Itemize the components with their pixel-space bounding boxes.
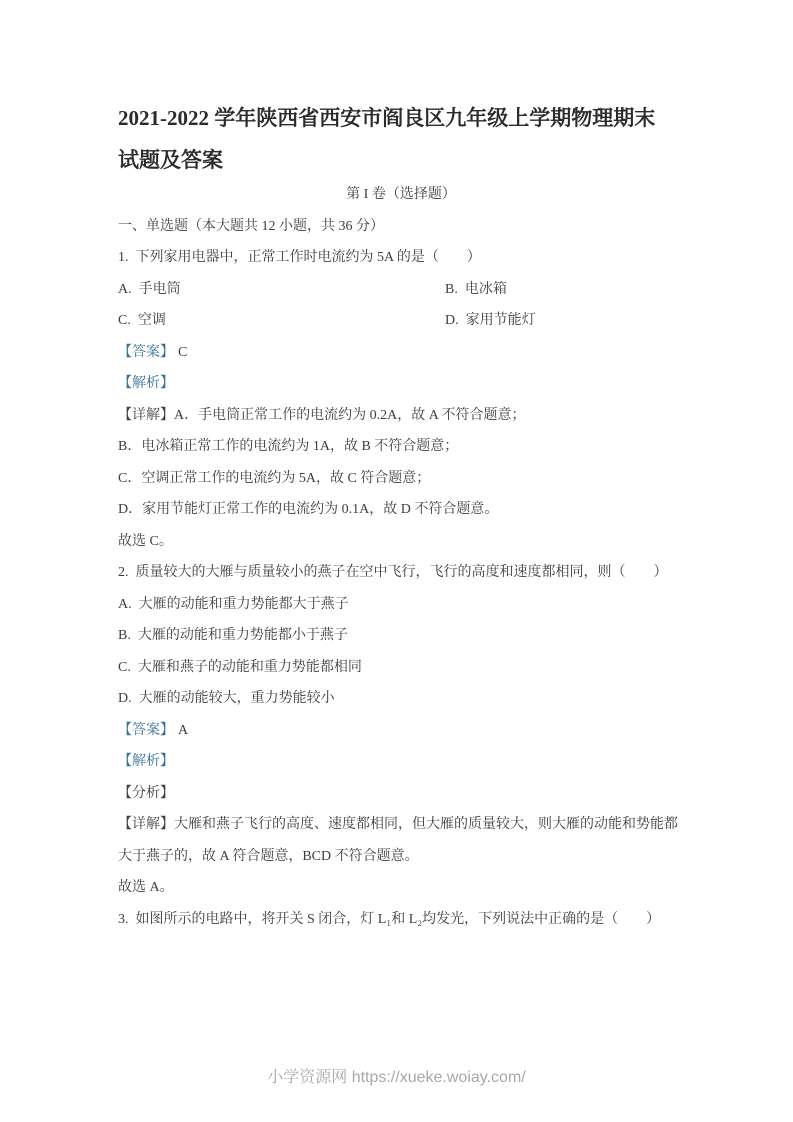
document-content: 2021-2022 学年陕西省西安市阎良区九年级上学期物理期末 试题及答案 第 … (118, 0, 684, 935)
q1-stem: 1. 下列家用电器中，正常工作时电流约为 5A 的是（ ） (118, 242, 684, 274)
q2-fenxi-label: 【分析】 (118, 778, 684, 810)
q1-detail-d: D．家用节能灯正常工作的电流约为 0.1A，故 D 不符合题意。 (118, 494, 684, 526)
q2-answer-label: 【答案】 (118, 723, 174, 738)
q2-option-d: D. 大雁的动能较大，重力势能较小 (118, 683, 684, 715)
q2-option-a: A. 大雁的动能和重力势能都大于燕子 (118, 589, 684, 621)
q2-stem: 2. 质量较大的大雁与质量较小的燕子在空中飞行，飞行的高度和速度都相同，则（ ） (118, 557, 684, 589)
q1-detail-c: C．空调正常工作的电流约为 5A，故 C 符合题意； (118, 463, 684, 495)
q2-analysis-label: 【解析】 (118, 746, 684, 778)
q1-option-d: D. 家用节能灯 (445, 305, 684, 337)
q1-answer-value: C (178, 345, 187, 360)
section-header: 第 I 卷（选择题） (118, 179, 684, 211)
document-page: 2021-2022 学年陕西省西安市阎良区九年级上学期物理期末 试题及答案 第 … (0, 0, 793, 1122)
q1-conclusion: 故选 C。 (118, 526, 684, 558)
q1-detail-b: B．电冰箱正常工作的电流约为 1A，故 B 不符合题意； (118, 431, 684, 463)
q1-detail-a: 【详解】A．手电筒正常工作的电流约为 0.2A，故 A 不符合题意； (118, 400, 684, 432)
q3-stem: 3. 如图所示的电路中，将开关 S 闭合，灯 L₁和 L₂均发光，下列说法中正确… (118, 904, 684, 936)
q1-option-c: C. 空调 (118, 305, 445, 337)
q1-answer-label: 【答案】 (118, 345, 174, 360)
q2-answer-line: 【答案】A (118, 715, 684, 747)
q1-answer-line: 【答案】C (118, 337, 684, 369)
q1-option-b: B. 电冰箱 (445, 274, 684, 306)
q2-option-c: C. 大雁和燕子的动能和重力势能都相同 (118, 652, 684, 684)
footer-watermark: 小学资源网 https://xueke.woiay.com/ (0, 1068, 793, 1088)
q2-option-b: B. 大雁的动能和重力势能都小于燕子 (118, 620, 684, 652)
q1-options-row-1: A. 手电筒 B. 电冰箱 (118, 274, 684, 306)
q1-options-row-2: C. 空调 D. 家用节能灯 (118, 305, 684, 337)
page-title: 2021-2022 学年陕西省西安市阎良区九年级上学期物理期末 试题及答案 (118, 97, 684, 181)
q1-analysis-label: 【解析】 (118, 368, 684, 400)
q2-detail: 【详解】大雁和燕子飞行的高度、速度都相同，但大雁的质量较大，则大雁的动能和势能都… (118, 809, 684, 872)
q2-conclusion: 故选 A。 (118, 872, 684, 904)
q1-option-a: A. 手电筒 (118, 274, 445, 306)
q2-answer-value: A (178, 723, 188, 738)
part-heading: 一、单选题（本大题共 12 小题，共 36 分） (118, 211, 684, 243)
